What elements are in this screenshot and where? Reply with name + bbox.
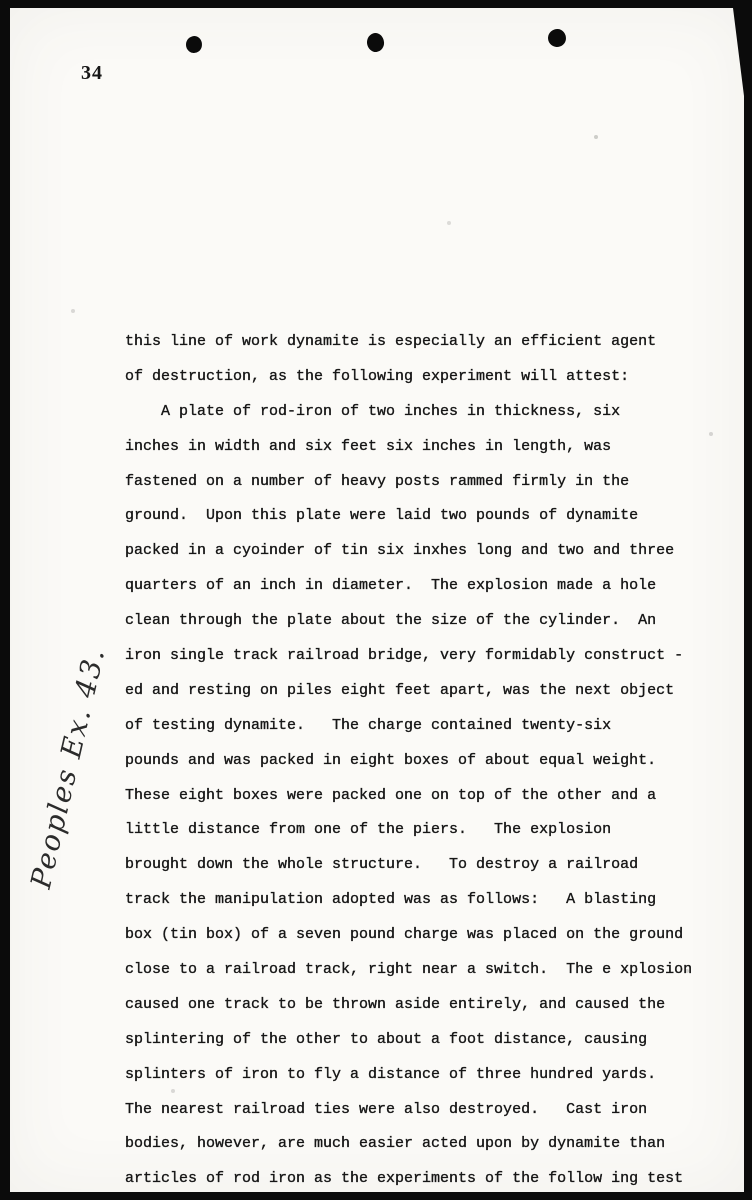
typed-line: of destruction, as the following experim… (125, 360, 730, 395)
typed-line: These eight boxes were packed one on top… (125, 779, 730, 814)
typed-line: pounds and was packed in eight boxes of … (125, 744, 730, 779)
punch-hole-icon (366, 32, 385, 53)
typed-line: A plate of rod-iron of two inches in thi… (125, 395, 730, 430)
typed-line: this line of work dynamite is especially… (125, 325, 730, 360)
scan-noise-specks (10, 8, 12, 10)
handwritten-exhibit-note: Peoples Ex. 43. (24, 644, 112, 891)
typed-line: clean through the plate about the size o… (125, 604, 730, 639)
typed-line: articles of rod iron as the experiments … (125, 1162, 730, 1197)
typed-line: track the manipulation adopted was as fo… (125, 883, 730, 918)
typed-line: fastened on a number of heavy posts ramm… (125, 465, 730, 500)
typewritten-body: this line of work dynamite is especially… (125, 325, 730, 1197)
document-page: 34 Peoples Ex. 43. this line of work dyn… (10, 8, 744, 1192)
page-number: 34 (81, 62, 103, 85)
typed-line: ground. Upon this plate were laid two po… (125, 499, 730, 534)
punch-hole-icon (547, 28, 566, 47)
typed-line: brought down the whole structure. To des… (125, 848, 730, 883)
typed-line: splinters of iron to fly a distance of t… (125, 1058, 730, 1093)
punch-hole-icon (185, 35, 203, 54)
typed-line: iron single track railroad bridge, very … (125, 639, 730, 674)
typed-line: bodies, however, are much easier acted u… (125, 1127, 730, 1162)
scanned-page: 34 Peoples Ex. 43. this line of work dyn… (0, 0, 752, 1200)
typed-line: box (tin box) of a seven pound charge wa… (125, 918, 730, 953)
typed-line: inches in width and six feet six inches … (125, 430, 730, 465)
typed-line: caused one track to be thrown aside enti… (125, 988, 730, 1023)
typed-line: ed and resting on piles eight feet apart… (125, 674, 730, 709)
typed-line: little distance from one of the piers. T… (125, 813, 730, 848)
typed-line: splintering of the other to about a foot… (125, 1023, 730, 1058)
typed-line: packed in a cyoinder of tin six inxhes l… (125, 534, 730, 569)
typed-line: quarters of an inch in diameter. The exp… (125, 569, 730, 604)
typed-line: of testing dynamite. The charge containe… (125, 709, 730, 744)
typed-line: close to a railroad track, right near a … (125, 953, 730, 988)
typed-line: The nearest railroad ties were also dest… (125, 1093, 730, 1128)
